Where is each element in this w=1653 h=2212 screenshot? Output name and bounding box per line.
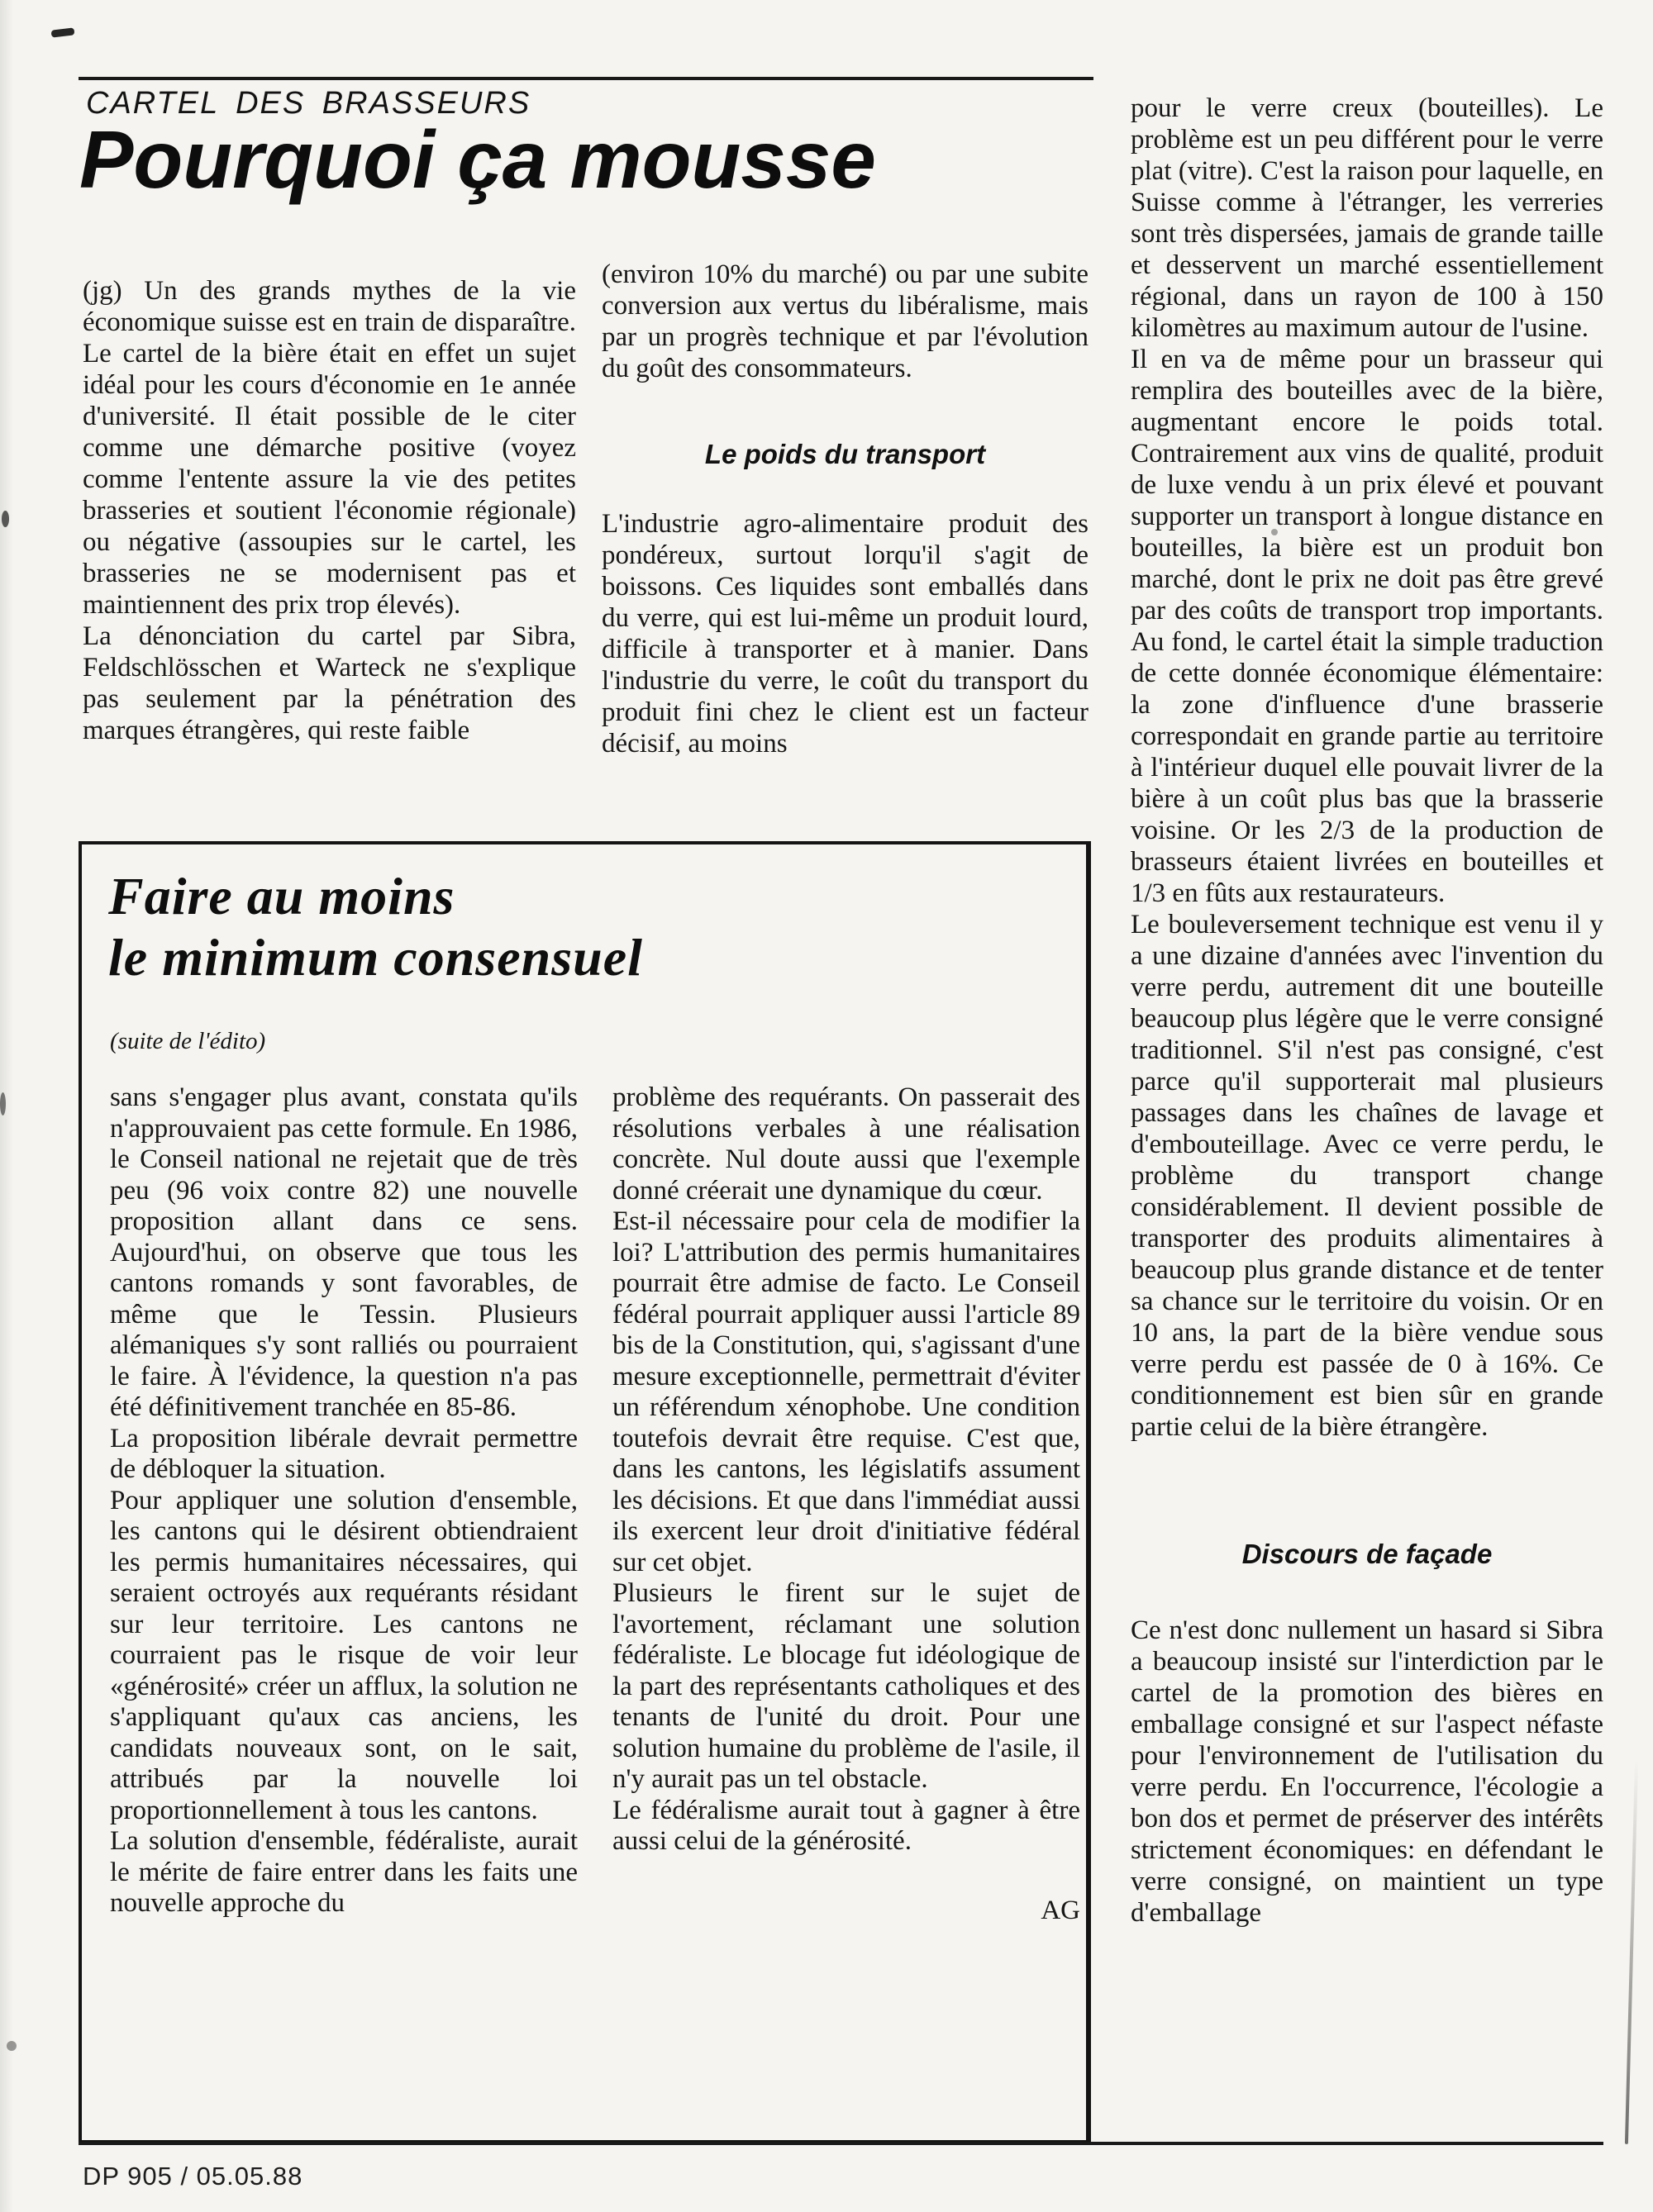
paragraph: Pour appliquer une solution d'ensemble, …: [110, 1486, 578, 1827]
paragraph: Est-il nécessaire pour cela de modifier …: [612, 1206, 1080, 1578]
scanned-newspaper-page: CARTEL DES BRASSEURS Pourquoi ça mousse …: [0, 0, 1653, 2212]
page-footer-imprint: DP 905 / 05.05.88: [83, 2162, 302, 2191]
top-rule: [79, 77, 1093, 80]
box-title-line-1: Faire au moins: [108, 866, 643, 927]
bottom-rule: [79, 2142, 1603, 2145]
paragraph: Il en va de même pour un brasseur qui re…: [1131, 344, 1603, 909]
paragraph: Ce n'est donc nullement un hasard si Sib…: [1131, 1615, 1603, 1929]
subheading-le-poids-du-transport: Le poids du transport: [602, 439, 1089, 470]
paragraph: pour le verre creux (bouteilles). Le pro…: [1131, 93, 1603, 344]
box-article-title: Faire au moins le minimum consensuel: [108, 866, 643, 988]
paragraph: (environ 10% du marché) ou par une subit…: [602, 259, 1089, 384]
box-lead-in: (suite de l'édito): [110, 1028, 265, 1055]
article-headline: Pourquoi ça mousse: [79, 117, 876, 202]
paragraph: Plusieurs le firent sur le sujet de l'av…: [612, 1578, 1080, 1796]
article-column-1: (jg) Un des grands mythes de la vie écon…: [83, 275, 576, 746]
paragraph: L'industrie agro-alimentaire produit des…: [602, 508, 1089, 759]
scan-artifact-curved-line: [1625, 1760, 1638, 2144]
scan-artifact-speck: [7, 2041, 17, 2051]
article-column-2: (environ 10% du marché) ou par une subit…: [602, 259, 1089, 759]
boxed-article: Faire au moins le minimum consensuel (su…: [79, 841, 1091, 2145]
paragraph: La dénonciation du cartel par Sibra, Fel…: [83, 621, 576, 746]
scan-artifact-speck: [1271, 529, 1278, 535]
subheading-discours-de-facade: Discours de façade: [1131, 1539, 1603, 1570]
box-column-2: problème des requérants. On passerait de…: [612, 1082, 1080, 1926]
paragraph: Le bouleversement technique est venu il …: [1131, 909, 1603, 1443]
article-column-3: pour le verre creux (bouteilles). Le pro…: [1131, 93, 1603, 1929]
paragraph: La proposition libérale devrait permettr…: [110, 1424, 578, 1486]
paragraph: sans s'engager plus avant, constata qu'i…: [110, 1082, 578, 1424]
paragraph: (jg) Un des grands mythes de la vie écon…: [83, 275, 576, 621]
paragraph: Le fédéralisme aurait tout à gagner à êt…: [612, 1796, 1080, 1858]
box-column-1: sans s'engager plus avant, constata qu'i…: [110, 1082, 578, 1919]
author-signature: AG: [612, 1896, 1080, 1927]
paragraph: La solution d'ensemble, fédéraliste, aur…: [110, 1826, 578, 1919]
paragraph: problème des requérants. On passerait de…: [612, 1082, 1080, 1206]
box-title-line-2: le minimum consensuel: [108, 927, 643, 988]
scan-artifact-speck: [2, 511, 9, 527]
scan-artifact-speck: [51, 27, 75, 37]
scan-artifact-speck: [0, 1092, 6, 1116]
